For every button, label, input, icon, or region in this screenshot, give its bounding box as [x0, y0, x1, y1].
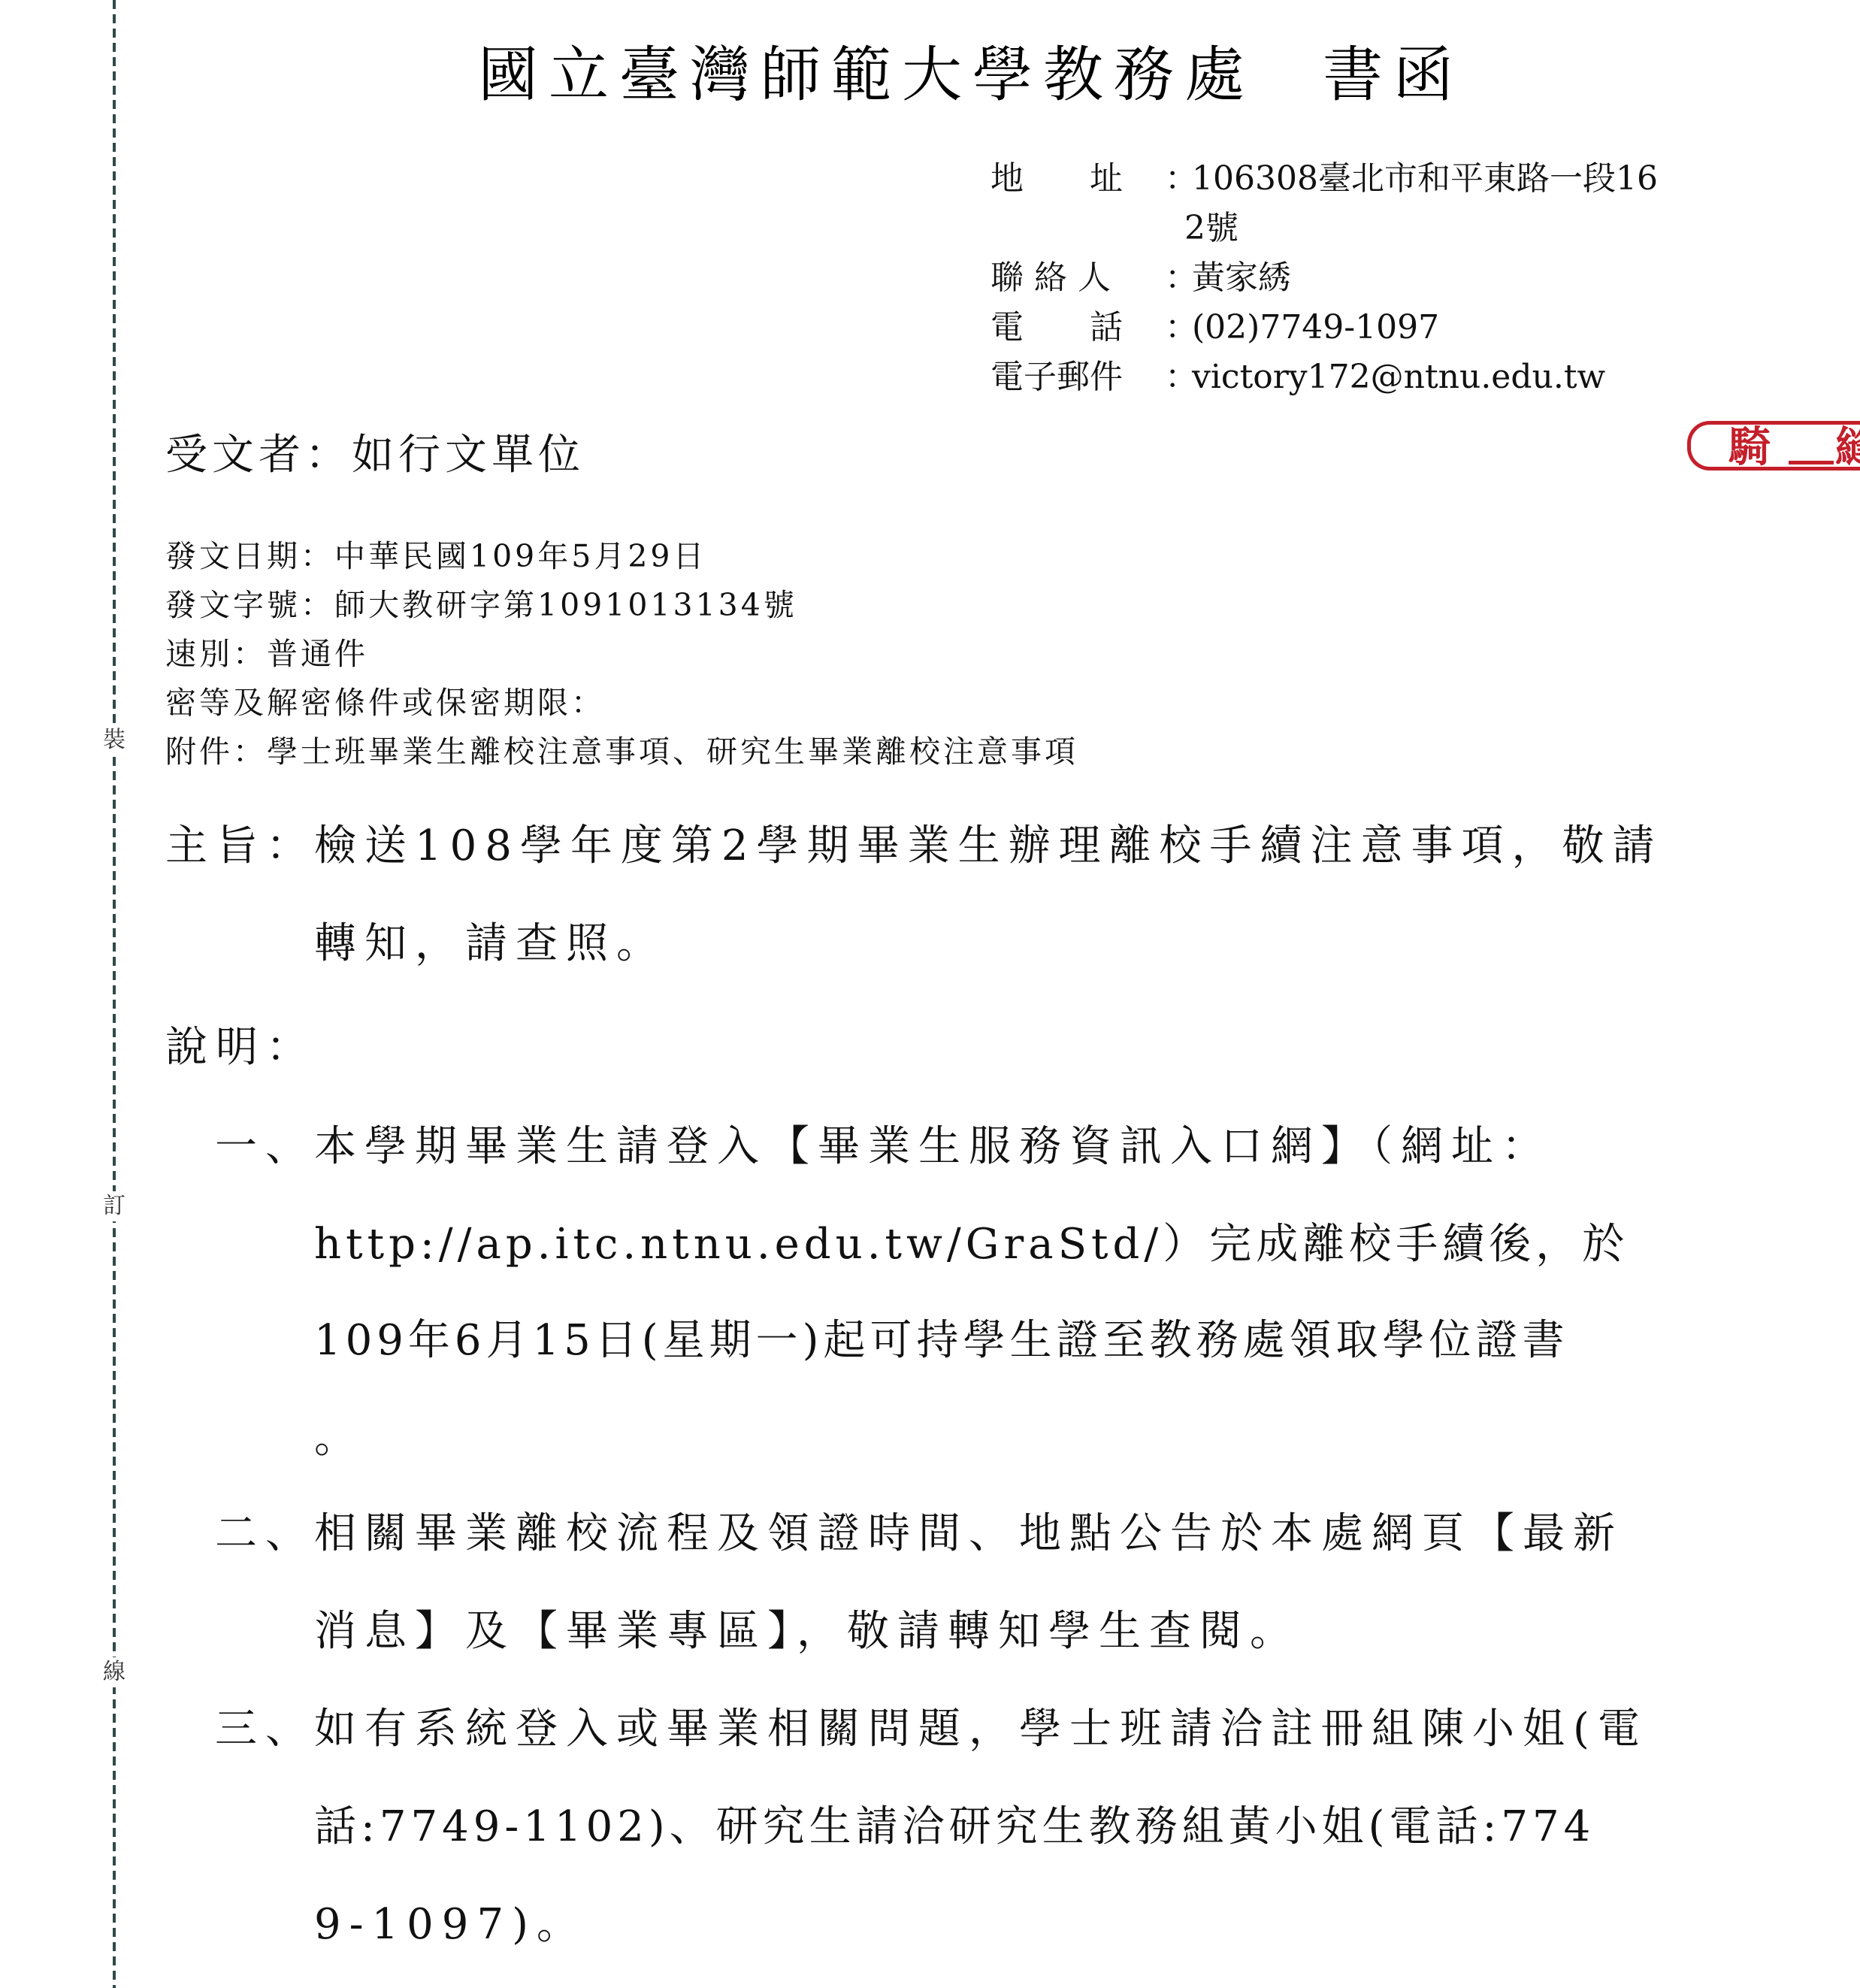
email-label: 電子郵件	[990, 356, 1165, 398]
header-contact-row: 聯 絡 人 ： 黃家綉	[990, 257, 1291, 299]
header-address-continuation: 2號	[1184, 207, 1238, 250]
urgency: 速別：普通件	[165, 633, 368, 675]
item-2-line-2: 消息】及【畢業專區】，敬請轉知學生查閱。	[314, 1605, 1300, 1659]
binding-label-ding: 訂	[101, 1191, 128, 1221]
issuing-office: 國立臺灣師範大學教務處	[478, 40, 1255, 110]
attachments: 附件：學士班畢業生離校注意事項、研究生畢業離校注意事項	[165, 731, 1078, 773]
item-3-line-1: 如有系統登入或畢業相關問題，學士班請洽註冊組陳小姐(電	[314, 1702, 1648, 1757]
recipient: 受文者：如行文單位	[165, 428, 585, 483]
item-1-line-4: 。	[314, 1412, 364, 1466]
phone-label: 電 話	[990, 307, 1165, 349]
document-number: 發文字號：師大教研字第1091013134號	[165, 584, 797, 626]
item-1-line-3: 109年6月15日(星期一)起可持學生證至教務處領取學位證書	[314, 1314, 1568, 1368]
phone-value: (02)7749-1097	[1190, 307, 1439, 349]
subject-line-1: 檢送108學年度第2學期畢業生辦理離校手續注意事項，敬請	[314, 819, 1663, 873]
document-type: 書函	[1323, 40, 1464, 110]
explanation-label: 說明：	[165, 1021, 316, 1075]
colon: ：	[1165, 307, 1172, 349]
binding-dashed-line	[113, 0, 116, 1988]
email-value: victory172@ntnu.edu.tw	[1190, 356, 1605, 398]
stamp-char-2: 縫	[1835, 426, 1860, 468]
item-1-number: 一、	[215, 1120, 316, 1174]
stamp-char-1: 騎	[1728, 426, 1771, 468]
item-3-line-2: 話:7749-1102)、研究生請洽研究生教務組黃小姐(電話:774	[314, 1800, 1595, 1854]
binding-label-zhuang: 裝	[101, 725, 128, 755]
contact-value: 黃家綉	[1190, 257, 1291, 299]
header-phone-row: 電 話 ： (02)7749-1097	[990, 307, 1439, 349]
colon: ：	[1165, 257, 1172, 299]
subject-line-2: 轉知，請查照。	[314, 917, 667, 971]
item-2-number: 二、	[215, 1507, 316, 1561]
colon: ：	[1165, 356, 1172, 398]
seam-stamp: 騎 縫	[1687, 421, 1860, 471]
confidentiality: 密等及解密條件或保密期限：	[165, 682, 605, 724]
document-title: 國立臺灣師範大學教務處書函	[478, 39, 1464, 111]
header-address-row: 地 址 ： 106308臺北市和平東路一段16	[990, 158, 1658, 200]
item-1-line-2: http://ap.itc.ntnu.edu.tw/GraStd/）完成離校手續…	[314, 1218, 1629, 1272]
issue-date: 發文日期：中華民國109年5月29日	[165, 535, 707, 577]
item-3-number: 三、	[215, 1702, 316, 1757]
item-2-line-1: 相關畢業離校流程及領證時間、地點公告於本處網頁【最新	[314, 1507, 1623, 1561]
binding-label-xian: 線	[101, 1657, 128, 1687]
colon: ：	[1165, 158, 1172, 200]
address-label: 地 址	[990, 158, 1165, 200]
contact-label: 聯 絡 人	[990, 257, 1165, 299]
stamp-divider	[1789, 461, 1834, 464]
address-value-continuation: 2號	[1184, 207, 1238, 250]
header-email-row: 電子郵件 ： victory172@ntnu.edu.tw	[990, 356, 1605, 398]
item-1-line-1: 本學期畢業生請登入【畢業生服務資訊入口網】（網址：	[314, 1120, 1552, 1174]
item-3-line-3: 9-1097)。	[314, 1898, 587, 1952]
address-value: 106308臺北市和平東路一段16	[1190, 158, 1658, 200]
subject-label: 主旨：	[165, 819, 316, 873]
